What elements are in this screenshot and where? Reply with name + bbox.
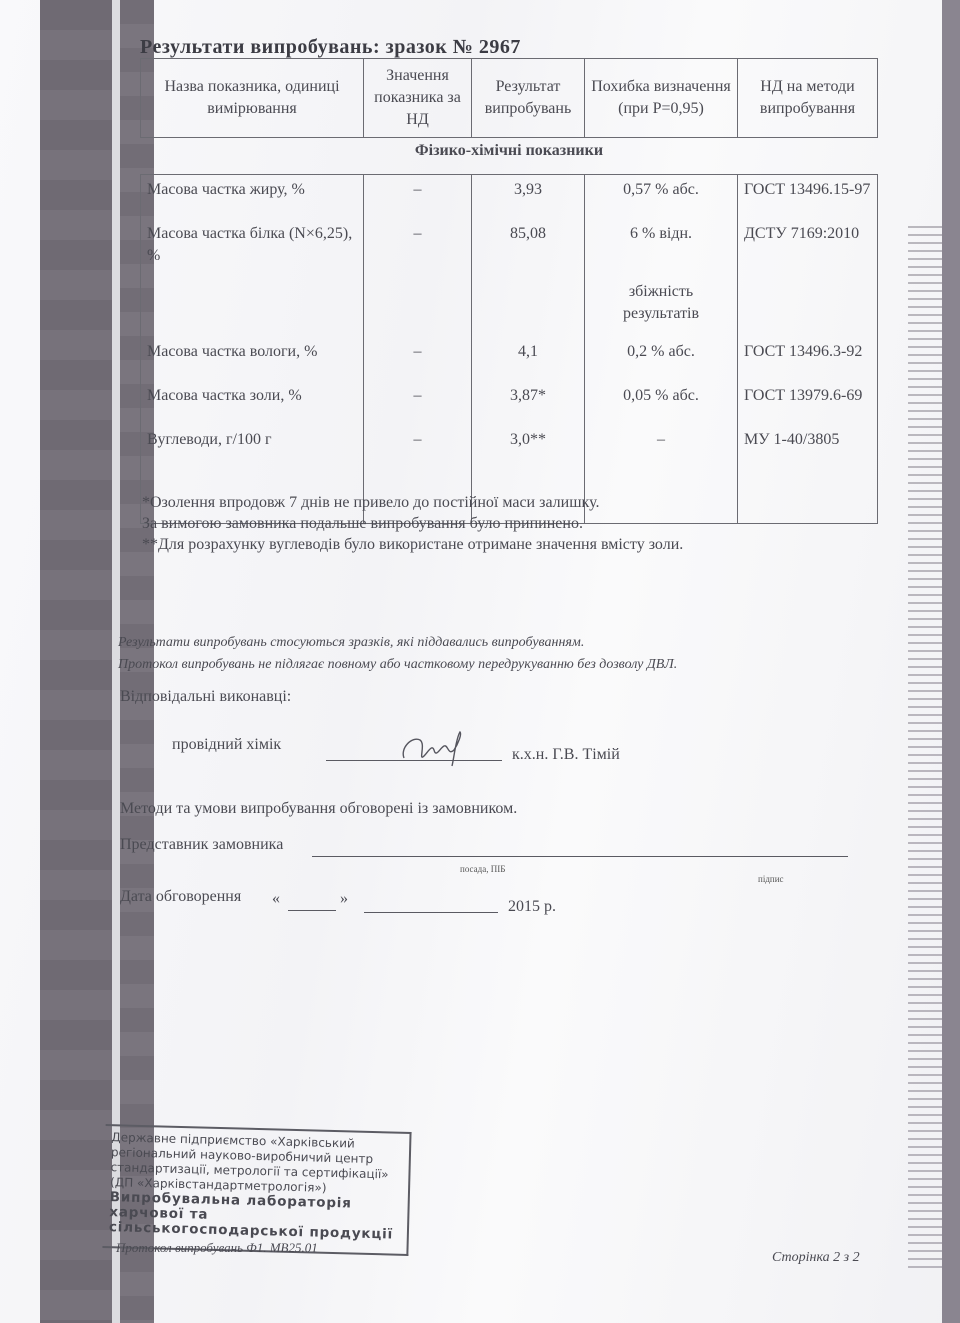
- results-table: Назва показника, одиниці вимірювання Зна…: [140, 58, 878, 524]
- signature-caption: підпис: [758, 874, 784, 884]
- row-name: Масова частка вологи, %: [147, 341, 357, 385]
- page-number: Сторінка 2 з 2: [772, 1250, 860, 1266]
- row-method: ГОСТ 13979.6-69: [744, 385, 871, 429]
- row-result: 3,87*: [478, 385, 578, 429]
- row-result: 85,08: [478, 223, 578, 341]
- laboratory-stamp: Державне підприємство «Харківський регіо…: [102, 1124, 411, 1256]
- row-error: 0,05 % абс.: [591, 385, 731, 429]
- position-caption: посада, ПІБ: [460, 864, 505, 874]
- footnote: *Озолення впродовж 7 днів не привело до …: [142, 492, 683, 513]
- header-nd-value: Значення показника за НД: [364, 59, 472, 138]
- header-error: Похибка визначення (при Р=0,95): [585, 59, 738, 138]
- nd-column: – – – – –: [364, 175, 472, 524]
- disclaimers: Результати випробувань стосуються зразкі…: [118, 632, 677, 676]
- row-nd-value: –: [370, 179, 465, 223]
- row-nd-value: –: [370, 429, 465, 473]
- row-name: Вуглеводи, г/100 г: [147, 429, 357, 473]
- row-error-note: збіжність результатів: [591, 281, 731, 325]
- row-nd-value: –: [370, 385, 465, 429]
- date-year: 2015 р.: [508, 898, 556, 916]
- row-error: 0,57 % абс.: [591, 179, 731, 223]
- footnote: За вимогою замовника подальше випробуван…: [142, 513, 683, 534]
- customer-rep-label: Представник замовника: [120, 836, 283, 854]
- row-error: 6 % відн.: [591, 223, 731, 245]
- row-method: ДСТУ 7169:2010: [744, 223, 871, 341]
- row-error-block: 6 % відн. збіжність результатів: [591, 223, 731, 341]
- chemist-role: провідний хімік: [172, 736, 281, 754]
- names-column: Масова частка жиру, % Масова частка білк…: [141, 175, 364, 524]
- form-code: Протокол випробувань Ф1. МВ25.01: [116, 1240, 318, 1256]
- row-error: 0,2 % абс.: [591, 341, 731, 385]
- date-label: Дата обговорення: [120, 888, 241, 906]
- disclaimer-line: Результати випробувань стосуються зразкі…: [118, 632, 677, 654]
- row-result: 3,93: [478, 179, 578, 223]
- customer-rep-line: [312, 856, 848, 857]
- section-row: Фізико-хімічні показники: [141, 138, 878, 175]
- date-day-blank: [288, 910, 336, 911]
- row-method: ГОСТ 13496.3-92: [744, 341, 871, 385]
- row-result: 4,1: [478, 341, 578, 385]
- header-name: Назва показника, одиниці вимірювання: [141, 59, 364, 138]
- footnotes: *Озолення впродовж 7 днів не привело до …: [142, 492, 683, 555]
- header-method: НД на методи випробування: [738, 59, 878, 138]
- disclaimer-line: Протокол випробувань не підлягає повному…: [118, 654, 677, 676]
- signature-icon: [398, 728, 478, 768]
- row-name: Масова частка золи, %: [147, 385, 357, 429]
- row-nd-value: –: [370, 223, 465, 341]
- row-method: МУ 1-40/3805: [744, 429, 871, 473]
- row-method: ГОСТ 13496.15-97: [744, 179, 871, 223]
- chemist-name: к.х.н. Г.В. Тімій: [512, 746, 620, 764]
- date-open-quote: «: [272, 890, 280, 908]
- responsible-label: Відповідальні виконавці:: [120, 688, 291, 706]
- date-month-blank: [364, 912, 498, 913]
- row-nd-value: –: [370, 341, 465, 385]
- methods-agreed: Методи та умови випробування обговорені …: [120, 800, 517, 818]
- error-column: 0,57 % абс. 6 % відн. збіжність результа…: [585, 175, 738, 524]
- table-header-row: Назва показника, одиниці вимірювання Зна…: [141, 59, 878, 138]
- result-column: 3,93 85,08 4,1 3,87* 3,0**: [472, 175, 585, 524]
- section-title: Фізико-хімічні показники: [141, 138, 878, 175]
- table-body-row: Масова частка жиру, % Масова частка білк…: [141, 175, 878, 524]
- row-name: Масова частка жиру, %: [147, 179, 357, 223]
- document-title: Результати випробувань: зразок № 2967: [140, 36, 521, 59]
- method-column: ГОСТ 13496.15-97 ДСТУ 7169:2010 ГОСТ 134…: [738, 175, 878, 524]
- footnote: **Для розрахунку вуглеводів було викорис…: [142, 534, 683, 555]
- row-error: –: [591, 429, 731, 473]
- header-result: Результат випробувань: [472, 59, 585, 138]
- row-result: 3,0**: [478, 429, 578, 473]
- scan-artifact-right: [942, 0, 960, 1323]
- date-close-quote: »: [340, 890, 348, 908]
- row-name: Масова частка білка (N×6,25), %: [147, 223, 357, 341]
